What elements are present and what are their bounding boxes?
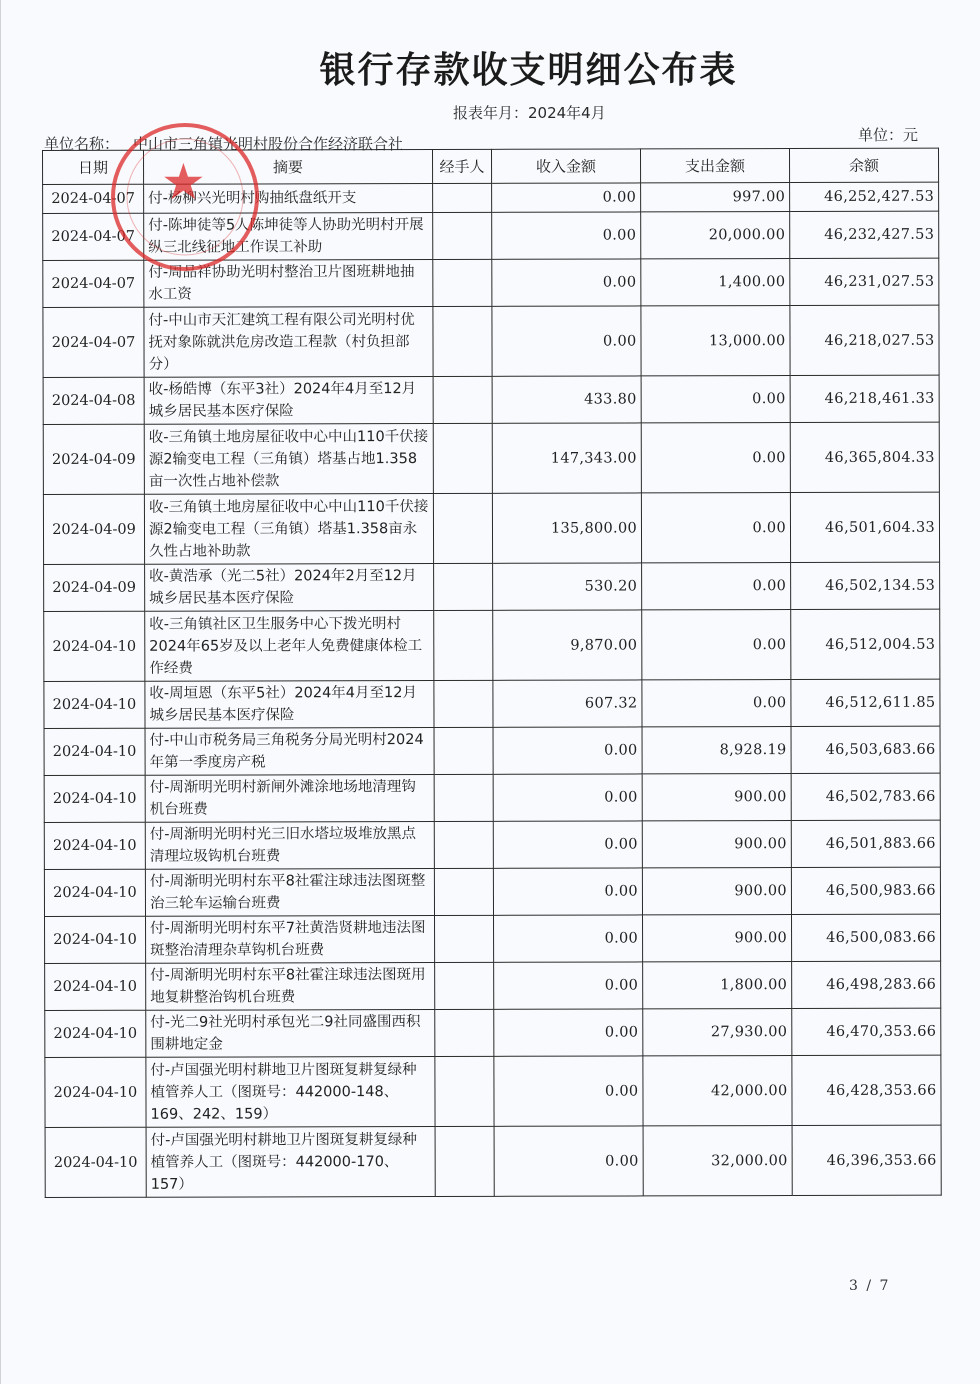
table-row: 2024-04-10付-周渐明光明村东平7社黄浩贤耕地违法图斑整治清理杂草钩机台…: [45, 914, 941, 963]
cell-expense: 42,000.00: [643, 1056, 792, 1126]
cell-income: 607.32: [493, 680, 642, 727]
column-header-income: 收入金额: [491, 149, 640, 183]
cell-income: 9,870.00: [493, 610, 642, 680]
cell-balance: 46,396,353.66: [792, 1125, 941, 1195]
cell-expense: 1,400.00: [641, 259, 790, 306]
cell-date: 2024-04-10: [45, 1010, 146, 1057]
cell-handler: [434, 563, 493, 610]
table-row: 2024-04-07付-中山市天汇建筑工程有限公司光明村优抚对象陈就洪危房改造工…: [43, 305, 939, 377]
cell-income: 135,800.00: [492, 493, 641, 563]
cell-description: 付-周渐明光明村新闸外滩涂地场地清理钩机台班费: [145, 774, 434, 822]
column-header-handler: 经手人: [432, 149, 491, 183]
table-row: 2024-04-09收-三角镇土地房屋征收中心中山110千伏接源2输变电工程（三…: [43, 422, 939, 494]
cell-date: 2024-04-10: [44, 869, 145, 916]
cell-handler: [433, 259, 492, 306]
cell-handler: [435, 962, 494, 1009]
cell-handler: [433, 423, 492, 493]
cell-expense: 8,928.19: [642, 727, 791, 774]
column-header-description: 摘要: [144, 149, 433, 184]
cell-income: 0.00: [494, 1126, 643, 1196]
cell-description: 付-中山市天汇建筑工程有限公司光明村优抚对象陈就洪危房改造工程款（村负担部分）: [144, 306, 433, 377]
cell-expense: 0.00: [641, 493, 790, 563]
cell-date: 2024-04-10: [44, 775, 145, 822]
cell-handler: [433, 183, 492, 212]
cell-date: 2024-04-07: [43, 307, 144, 377]
cell-balance: 46,218,027.53: [790, 305, 939, 375]
table-row: 2024-04-10付-卢国强光明村耕地卫片图斑复耕复绿种植管养人工（图斑号：4…: [45, 1055, 941, 1127]
cell-expense: 0.00: [641, 423, 790, 493]
table-row: 2024-04-09收-三角镇土地房屋征收中心中山110千伏接源2输变电工程（三…: [43, 492, 939, 564]
cell-balance: 46,500,083.66: [792, 914, 941, 961]
cell-description: 付-卢国强光明村耕地卫片图斑复耕复绿种植管养人工（图斑号：442000-170、…: [146, 1126, 435, 1197]
cell-balance: 46,218,461.33: [790, 375, 939, 422]
document-page: 银行存款收支明细公布表 报表年月：2024年4月 单位名称：中山市三角镇光明村股…: [0, 0, 980, 1384]
cell-expense: 27,930.00: [643, 1009, 792, 1056]
report-month: 报表年月：2024年4月: [453, 102, 606, 123]
cell-description: 付-周渐明光明村东平8社霍注球违法图斑整治三轮车运输台班费: [145, 868, 434, 916]
cell-handler: [434, 821, 493, 868]
cell-expense: 13,000.00: [641, 306, 790, 376]
cell-income: 0.00: [493, 868, 642, 915]
cell-balance: 46,501,604.33: [790, 492, 939, 562]
cell-date: 2024-04-07: [43, 184, 144, 213]
cell-income: 0.00: [492, 212, 641, 259]
cell-date: 2024-04-10: [44, 611, 145, 681]
cell-income: 433.80: [492, 376, 641, 423]
cell-balance: 46,252,427.53: [790, 182, 939, 211]
cell-balance: 46,502,134.53: [791, 562, 940, 609]
cell-income: 0.00: [494, 962, 643, 1009]
cell-balance: 46,498,283.66: [792, 961, 941, 1008]
cell-income: 0.00: [492, 306, 641, 376]
cell-expense: 0.00: [642, 610, 791, 680]
cell-description: 付-陈坤徒等5人陈坤徒等人协助光明村开展纵三北线征地工作误工补助: [144, 212, 433, 260]
cell-income: 0.00: [492, 259, 641, 306]
cell-expense: 900.00: [643, 915, 792, 962]
table-row: 2024-04-10付-周渐明光明村新闸外滩涂地场地清理钩机台班费0.00900…: [44, 773, 940, 822]
table-row: 2024-04-10收-三角镇社区卫生服务中心下拨光明村2024年65岁及以上老…: [44, 609, 940, 681]
document-title: 银行存款收支明细公布表: [1, 42, 980, 93]
cell-balance: 46,512,611.85: [791, 679, 940, 726]
cell-income: 0.00: [493, 727, 642, 774]
cell-date: 2024-04-10: [44, 728, 145, 775]
cell-balance: 46,365,804.33: [790, 422, 939, 492]
column-header-date: 日期: [43, 150, 144, 184]
cell-handler: [433, 306, 492, 376]
cell-income: 0.00: [494, 915, 643, 962]
cell-income: 147,343.00: [492, 423, 641, 493]
cell-description: 付-中山市税务局三角税务分局光明村2024年第一季度房产税: [145, 727, 434, 775]
table-row: 2024-04-10收-周垣恩（东平5社）2024年4月至12月城乡居民基本医疗…: [44, 679, 940, 728]
table-row: 2024-04-10付-卢国强光明村耕地卫片图斑复耕复绿种植管养人工（图斑号：4…: [45, 1125, 941, 1197]
cell-description: 收-三角镇社区卫生服务中心下拨光明村2024年65岁及以上老年人免费健康体检工作…: [145, 610, 434, 681]
table-row: 2024-04-08收-杨皓博（东平3社）2024年4月至12月城乡居民基本医疗…: [43, 375, 939, 424]
ledger-table: 日期 摘要 经手人 收入金额 支出金额 余额 2024-04-07付-杨柳兴光明…: [42, 148, 942, 1198]
cell-expense: 32,000.00: [643, 1126, 792, 1196]
cell-handler: [433, 376, 492, 423]
cell-date: 2024-04-10: [45, 1127, 146, 1197]
cell-description: 收-黄浩承（光二5社）2024年2月至12月城乡居民基本医疗保险: [145, 563, 434, 611]
cell-income: 0.00: [493, 821, 642, 868]
cell-handler: [434, 610, 493, 680]
cell-expense: 1,800.00: [643, 962, 792, 1009]
cell-description: 付-卢国强光明村耕地卫片图斑复耕复绿种植管养人工（图斑号：442000-148、…: [146, 1056, 435, 1127]
cell-date: 2024-04-08: [43, 377, 144, 424]
currency-unit: 单位：元: [858, 124, 918, 145]
cell-date: 2024-04-09: [43, 424, 144, 494]
cell-description: 付-杨柳兴光明村购抽纸盘纸开支: [144, 183, 433, 213]
cell-handler: [434, 727, 493, 774]
cell-balance: 46,502,783.66: [791, 773, 940, 820]
cell-income: 0.00: [494, 1056, 643, 1126]
cell-handler: [433, 212, 492, 259]
cell-expense: 0.00: [642, 563, 791, 610]
cell-handler: [433, 493, 492, 563]
cell-balance: 46,232,427.53: [790, 211, 939, 258]
cell-handler: [435, 1009, 494, 1056]
cell-date: 2024-04-10: [45, 916, 146, 963]
cell-description: 付-周渐明光明村东平8社霍注球违法图斑用地复耕整治钩机台班费: [146, 962, 435, 1010]
page-indicator: 3 / 7: [849, 1278, 890, 1294]
cell-handler: [435, 1056, 494, 1126]
column-header-expense: 支出金额: [640, 149, 789, 183]
cell-balance: 46,470,353.66: [792, 1008, 941, 1055]
cell-expense: 997.00: [641, 183, 790, 212]
cell-date: 2024-04-07: [43, 260, 144, 307]
table-row: 2024-04-10付-周渐明光明村东平8社霍注球违法图斑用地复耕整治钩机台班费…: [45, 961, 941, 1010]
cell-description: 收-周垣恩（东平5社）2024年4月至12月城乡居民基本医疗保险: [145, 680, 434, 728]
cell-description: 付-周渐明光明村光三旧水塔垃圾堆放黑点清理垃圾钩机台班费: [145, 821, 434, 869]
cell-handler: [434, 774, 493, 821]
table-header-row: 日期 摘要 经手人 收入金额 支出金额 余额: [43, 148, 939, 184]
table-row: 2024-04-10付-中山市税务局三角税务分局光明村2024年第一季度房产税0…: [44, 726, 940, 775]
cell-handler: [435, 1126, 494, 1196]
cell-expense: 900.00: [642, 774, 791, 821]
cell-expense: 900.00: [642, 821, 791, 868]
cell-income: 0.00: [493, 774, 642, 821]
table-row: 2024-04-10付-周渐明光明村东平8社霍注球违法图斑整治三轮车运输台班费0…: [44, 867, 940, 916]
cell-description: 收-三角镇土地房屋征收中心中山110千伏接源2输变电工程（三角镇）塔基1.358…: [144, 493, 433, 564]
cell-description: 收-杨皓博（东平3社）2024年4月至12月城乡居民基本医疗保险: [144, 376, 433, 424]
cell-handler: [435, 915, 494, 962]
cell-expense: 0.00: [641, 376, 790, 423]
table-row: 2024-04-07付-周品祥协助光明村整治卫片图班耕地抽水工资0.001,40…: [43, 258, 939, 307]
cell-date: 2024-04-10: [45, 963, 146, 1010]
cell-expense: 0.00: [642, 680, 791, 727]
cell-date: 2024-04-10: [44, 681, 145, 728]
cell-description: 付-周品祥协助光明村整治卫片图班耕地抽水工资: [144, 259, 433, 307]
cell-date: 2024-04-10: [45, 1057, 146, 1127]
cell-date: 2024-04-07: [43, 213, 144, 260]
cell-description: 付-光二9社光明村承包光二9社同盛围西积围耕地定金: [146, 1009, 435, 1057]
cell-balance: 46,503,683.66: [791, 726, 940, 773]
column-header-balance: 余额: [789, 148, 938, 182]
cell-balance: 46,500,983.66: [791, 867, 940, 914]
cell-balance: 46,501,883.66: [791, 820, 940, 867]
cell-income: 530.20: [493, 563, 642, 610]
cell-expense: 900.00: [642, 868, 791, 915]
ledger-body: 2024-04-07付-杨柳兴光明村购抽纸盘纸开支0.00997.0046,25…: [43, 182, 942, 1197]
table-row: 2024-04-10付-光二9社光明村承包光二9社同盛围西积围耕地定金0.002…: [45, 1008, 941, 1057]
cell-date: 2024-04-09: [44, 564, 145, 611]
cell-income: 0.00: [492, 183, 641, 212]
cell-description: 收-三角镇土地房屋征收中心中山110千伏接源2输变电工程（三角镇）塔基占地1.3…: [144, 423, 433, 494]
cell-description: 付-周渐明光明村东平7社黄浩贤耕地违法图斑整治清理杂草钩机台班费: [146, 915, 435, 963]
table-row: 2024-04-10付-周渐明光明村光三旧水塔垃圾堆放黑点清理垃圾钩机台班费0.…: [44, 820, 940, 869]
cell-date: 2024-04-10: [44, 822, 145, 869]
cell-income: 0.00: [494, 1009, 643, 1056]
cell-balance: 46,231,027.53: [790, 258, 939, 305]
cell-date: 2024-04-09: [43, 494, 144, 564]
table-row: 2024-04-07付-陈坤徒等5人陈坤徒等人协助光明村开展纵三北线征地工作误工…: [43, 211, 939, 260]
table-row: 2024-04-07付-杨柳兴光明村购抽纸盘纸开支0.00997.0046,25…: [43, 182, 939, 213]
table-row: 2024-04-09收-黄浩承（光二5社）2024年2月至12月城乡居民基本医疗…: [44, 562, 940, 611]
cell-balance: 46,428,353.66: [792, 1055, 941, 1125]
cell-expense: 20,000.00: [641, 212, 790, 259]
cell-handler: [434, 868, 493, 915]
cell-handler: [434, 680, 493, 727]
cell-balance: 46,512,004.53: [791, 609, 940, 679]
